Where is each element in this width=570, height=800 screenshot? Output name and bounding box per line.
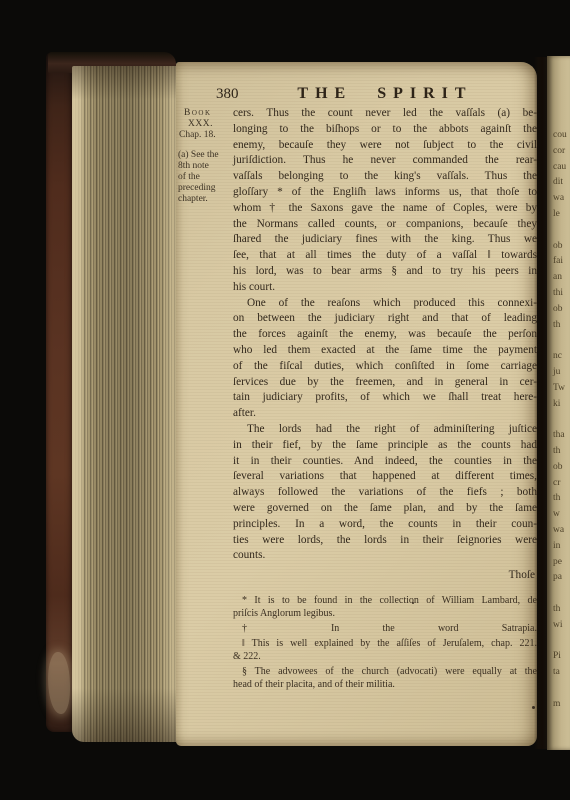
facing-page-text-fragments: cou cor cau dit wa le ob fai an thi ob t… bbox=[547, 56, 570, 712]
margin-notes: Book XXX. Chap. 18. (a) See the 8th note… bbox=[178, 108, 231, 205]
footnote-asterisk-line-1: * It is to be found in the collection of… bbox=[233, 594, 537, 607]
body-text: cers. Thus the count never led the vaſſa… bbox=[233, 106, 537, 691]
catchword: Thoſe bbox=[233, 568, 537, 584]
paper-speck bbox=[412, 602, 414, 604]
footnote-section-line-1: § The advowees of the church (advocati) … bbox=[233, 665, 537, 678]
footnote-section-line-2: head of their placita, and of their mili… bbox=[233, 678, 537, 691]
margin-side-note: (a) See the 8th note of the preceding ch… bbox=[178, 150, 231, 205]
page-gutter-shadow bbox=[534, 57, 547, 749]
margin-book-label: Book bbox=[178, 108, 231, 119]
book-page: 380 THE SPIRIT Book XXX. Chap. 18. (a) S… bbox=[176, 62, 537, 746]
spine-worn-patch bbox=[48, 652, 70, 714]
facing-page-sliver: cou cor cau dit wa le ob fai an thi ob t… bbox=[547, 56, 570, 750]
footnote-parallel-line-1: ‖ This is well explained by the aſſiſes … bbox=[233, 637, 537, 650]
margin-chapter-label: Chap. 18. bbox=[178, 130, 231, 141]
footnote-asterisk-line-2: priſcis Anglorum legibus. bbox=[233, 607, 537, 620]
footnote-parallel-line-2: & 222. bbox=[233, 650, 537, 663]
book-photo: 380 THE SPIRIT Book XXX. Chap. 18. (a) S… bbox=[0, 0, 570, 800]
footnotes: * It is to be found in the collection of… bbox=[233, 594, 537, 691]
book-spine bbox=[46, 52, 74, 732]
paragraph-3: The lords had the right of adminiſtering… bbox=[233, 422, 537, 548]
running-title: THE SPIRIT bbox=[233, 85, 537, 103]
paragraph-2: One of the reaſons which produced this c… bbox=[233, 296, 537, 407]
margin-book-number: XXX. bbox=[178, 119, 231, 130]
footnote-dagger: † In the word Satrapia. bbox=[233, 622, 537, 635]
paragraph-1-last-line: his court. bbox=[233, 280, 537, 296]
paragraph-1: cers. Thus the count never led the vaſſa… bbox=[233, 106, 537, 280]
fore-edge-page-stack bbox=[72, 66, 176, 742]
paragraph-2-last-line: after. bbox=[233, 406, 537, 422]
paragraph-3-last-line: counts. bbox=[233, 548, 537, 564]
